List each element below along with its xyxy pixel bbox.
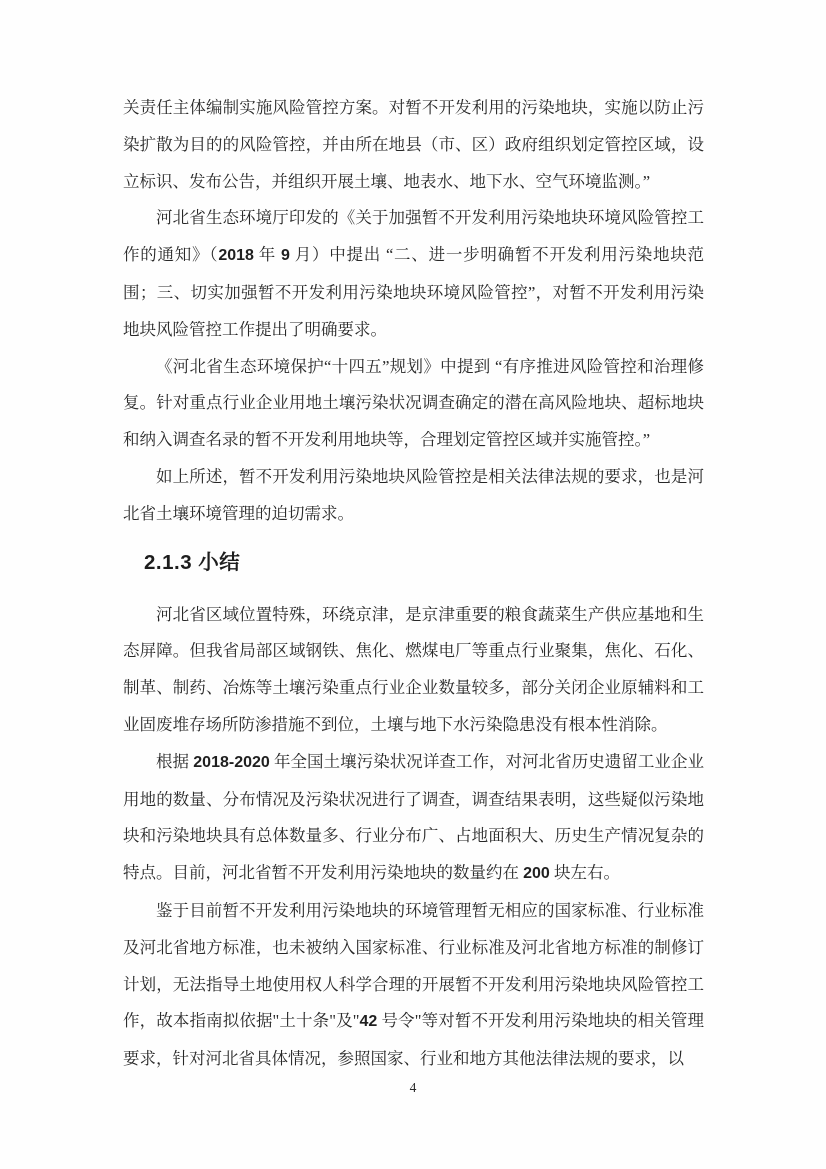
text-run: 块左右。 <box>550 863 620 882</box>
document-page: 关责任主体编制实施风险管控方案。对暂不开发利用的污染地块，实施以防止污染扩散为目… <box>0 0 826 1169</box>
section-before: 关责任主体编制实施风险管控方案。对暂不开发利用的污染地块，实施以防止污染扩散为目… <box>123 90 704 533</box>
paragraph: 关责任主体编制实施风险管控方案。对暂不开发利用的污染地块，实施以防止污染扩散为目… <box>123 90 704 200</box>
text-run: 根据 <box>156 752 193 771</box>
text-run: 《河北省生态环境保护“十四五”规划》中提到 “有序推进风险管控和治理修复。针对重… <box>123 357 704 450</box>
paragraph: 河北省生态环境厅印发的《关于加强暂不开发利用污染地块环境风险管控工作的通知》（2… <box>123 200 704 348</box>
section-after: 河北省区域位置特殊，环绕京津，是京津重要的粮食蔬菜生产供应基地和生态屏障。但我省… <box>123 597 704 1078</box>
section-heading: 2.1.3 小结 <box>144 548 704 578</box>
text-run: 河北省区域位置特殊，环绕京津，是京津重要的粮食蔬菜生产供应基地和生态屏障。但我省… <box>123 605 704 734</box>
page-number: 4 <box>0 1080 826 1096</box>
text-run: 年 <box>254 245 281 264</box>
text-run: 如上所述，暂不开发利用污染地块风险管控是相关法律法规的要求，也是河北省土壤环境管… <box>123 467 704 523</box>
paragraph: 《河北省生态环境保护“十四五”规划》中提到 “有序推进风险管控和治理修复。针对重… <box>123 349 704 459</box>
text-run: 关责任主体编制实施风险管控方案。对暂不开发利用的污染地块，实施以防止污染扩散为目… <box>123 98 704 191</box>
page-content: 关责任主体编制实施风险管控方案。对暂不开发利用的污染地块，实施以防止污染扩散为目… <box>123 90 704 1078</box>
numeric-text-run: 9 <box>281 247 290 264</box>
numeric-text-run: 2018-2020 <box>193 754 270 771</box>
paragraph: 根据 2018-2020 年全国土壤污染状况详查工作，对河北省历史遗留工业企业用… <box>123 744 704 893</box>
numeric-text-run: 42 <box>359 1013 377 1030</box>
numeric-text-run: 2018 <box>218 247 254 264</box>
numeric-text-run: 200 <box>523 865 550 882</box>
paragraph: 河北省区域位置特殊，环绕京津，是京津重要的粮食蔬菜生产供应基地和生态屏障。但我省… <box>123 597 704 744</box>
paragraph: 鉴于目前暂不开发利用污染地块的环境管理暂无相应的国家标准、行业标准及河北省地方标… <box>123 893 704 1078</box>
paragraph: 如上所述，暂不开发利用污染地块风险管控是相关法律法规的要求，也是河北省土壤环境管… <box>123 459 704 533</box>
